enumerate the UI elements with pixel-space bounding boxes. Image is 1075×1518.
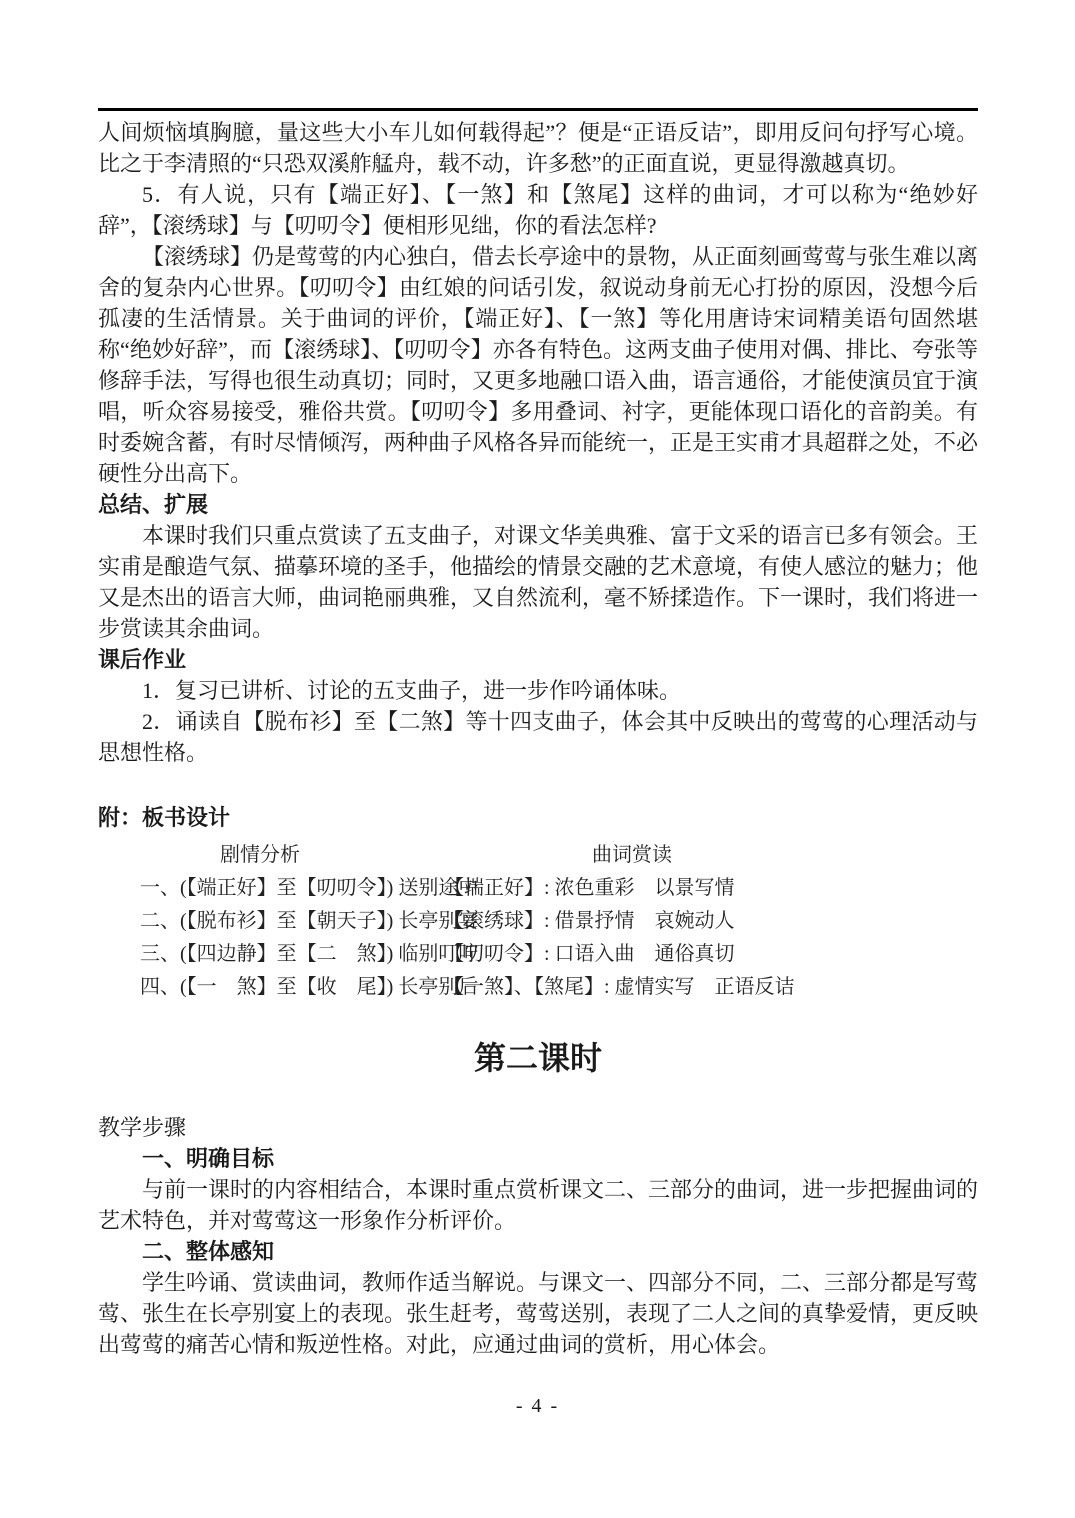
homework-heading: 课后作业 [98,644,978,675]
header-rule [98,108,978,111]
board-row-right: 【叨叨令】: 口语入曲 通俗真切 [444,938,735,971]
board-row-right: 【滚绣球】: 借景抒情 哀婉动人 [444,905,735,938]
board-row: 三、(【四边静】至【二 煞】) 临别叮咛 【叨叨令】: 口语入曲 通俗真切 [140,938,978,971]
board-row-right: 【端正好】: 浓色重彩 以景写情 [444,872,735,905]
summary-heading: 总结、扩展 [98,489,978,520]
homework-item-1: 1．复习已讲析、讨论的五支曲子，进一步作吟诵体味。 [98,675,978,706]
section-2-heading: 二、整体感知 [98,1236,978,1267]
page-number: - 4 - [0,1392,1075,1420]
board-row-left: 三、(【四边静】至【二 煞】) 临别叮咛 [140,938,444,971]
section-2-body: 学生吟诵、赏读曲词，教师作适当解说。与课文一、四部分不同，二、三部分都是写莺莺、… [98,1267,978,1360]
board-column-header-left: 剧情分析 [140,839,444,872]
board-row-left: 二、(【脱布衫】至【朝天子】) 长亭别宴 [140,905,444,938]
section-1-body: 与前一课时的内容相结合，本课时重点赏析课文二、三部分的曲词，进一步把握曲词的艺术… [98,1174,978,1236]
board-row-left: 一、(【端正好】至【叨叨令】) 送别途中 [140,872,444,905]
board-row: 四、(【一 煞】至【收 尾】) 长亭别后 【一煞】、【煞尾】: 虚情实写 正语反… [140,971,978,1004]
board-header-row: 剧情分析 曲词赏读 [140,839,978,872]
question-5-paragraph: 5．有人说，只有【端正好】、【一煞】和【煞尾】这样的曲词，才可以称为“绝妙好辞”… [98,179,978,241]
board-row: 一、(【端正好】至【叨叨令】) 送别途中 【端正好】: 浓色重彩 以景写情 [140,872,978,905]
summary-paragraph: 本课时我们只重点赏读了五支曲子，对课文华美典雅、富于文采的语言已多有领会。王实甫… [98,520,978,644]
board-row-right: 【一煞】、【煞尾】: 虚情实写 正语反诘 [444,971,795,1004]
homework-item-2: 2．诵读自【脱布衫】至【二煞】等十四支曲子，体会其中反映出的莺莺的心理活动与思想… [98,706,978,768]
board-design-table: 剧情分析 曲词赏读 一、(【端正好】至【叨叨令】) 送别途中 【端正好】: 浓色… [140,839,978,1004]
continuation-paragraph: 人间烦恼填胸臆，量这些大小车儿如何载得起”？便是“正语反诘”，即用反问句抒写心境… [98,117,978,179]
teaching-steps-heading: 教学步骤 [98,1112,978,1143]
board-design-heading: 附：板书设计 [98,802,978,833]
board-row-left: 四、(【一 煞】至【收 尾】) 长亭别后 [140,971,444,1004]
answer-5-paragraph: 【滚绣球】仍是莺莺的内心独白，借去长亭途中的景物，从正面刻画莺莺与张生难以离舍的… [98,241,978,489]
board-row: 二、(【脱布衫】至【朝天子】) 长亭别宴 【滚绣球】: 借景抒情 哀婉动人 [140,905,978,938]
section-1-heading: 一、明确目标 [98,1143,978,1174]
document-page: 人间烦恼填胸臆，量这些大小车儿如何载得起”？便是“正语反诘”，即用反问句抒写心境… [0,0,1075,1518]
page-content: 人间烦恼填胸臆，量这些大小车儿如何载得起”？便是“正语反诘”，即用反问句抒写心境… [98,108,978,1360]
board-column-header-right: 曲词赏读 [444,839,672,872]
lesson-2-title: 第二课时 [98,1036,978,1080]
